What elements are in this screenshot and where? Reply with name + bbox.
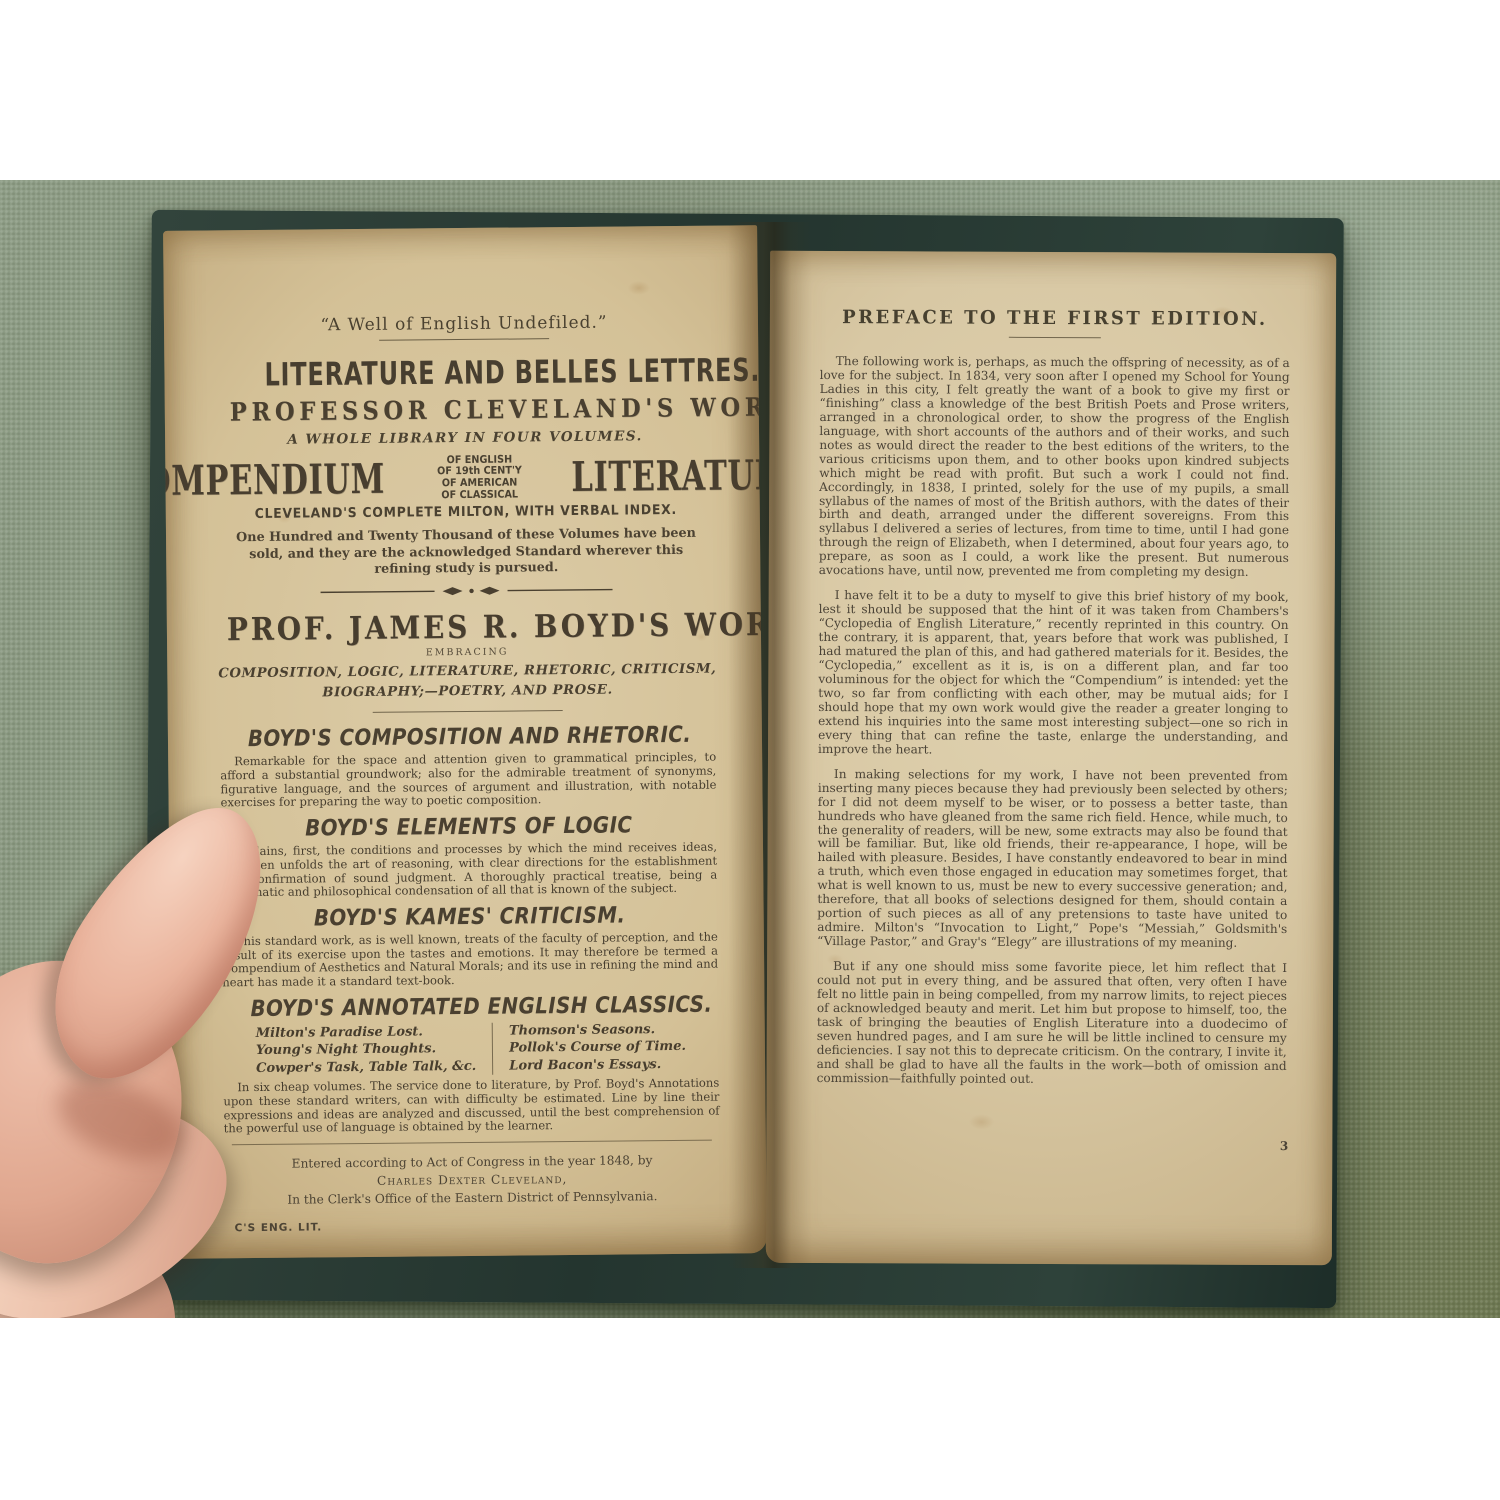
section-title-logic: BOYD'S ELEMENTS OF LOGIC bbox=[249, 812, 689, 842]
preface-paragraph-1: The following work is, perhaps, as much … bbox=[819, 355, 1290, 580]
compendium-word-left: COMPENDIUM bbox=[163, 455, 385, 506]
printer-imprint: C'S ENG. LIT. bbox=[235, 1217, 723, 1234]
classics-column-left: Milton's Paradise Lost. Young's Night Th… bbox=[240, 1022, 493, 1077]
compendium-stack-line: OF CLASSICAL bbox=[438, 489, 523, 502]
classics-item: Thomson's Seasons. bbox=[509, 1020, 686, 1039]
right-page-content: PREFACE TO THE FIRST EDITION. The follow… bbox=[767, 251, 1337, 1088]
boyd-works-title: PROF. JAMES R. BOYD'S WORKS. bbox=[227, 606, 707, 647]
section-rule bbox=[373, 711, 563, 714]
left-page: “A Well of English Undefiled.” LITERATUR… bbox=[163, 225, 767, 1259]
milton-line: CLEVELAND'S COMPLETE MILTON, WITH VERBAL… bbox=[236, 502, 696, 522]
preface-rule bbox=[1009, 337, 1101, 338]
section-body-logic: explains, first, the conditions and proc… bbox=[221, 841, 718, 900]
section-body-composition: Remarkable for the space and attention g… bbox=[220, 751, 717, 810]
classics-item: Young's Night Thoughts. bbox=[256, 1040, 476, 1060]
motto-line: “A Well of English Undefiled.” bbox=[214, 312, 714, 337]
preface-paragraph-4: But if any one should miss some favorite… bbox=[817, 960, 1288, 1088]
ornament-divider-icon bbox=[317, 584, 617, 597]
preface-title: PREFACE TO THE FIRST EDITION. bbox=[827, 307, 1283, 330]
series-title: LITERATURE AND BELLES LETTRES. bbox=[264, 353, 664, 394]
motto-rule bbox=[379, 338, 549, 341]
classics-column-right: Thomson's Seasons. Pollok's Course of Ti… bbox=[493, 1020, 702, 1075]
section-title-composition: BOYD'S COMPOSITION AND RHETORIC. bbox=[248, 722, 688, 752]
page-number: 3 bbox=[1280, 1139, 1288, 1153]
classics-item: Lord Bacon's Essays. bbox=[509, 1056, 686, 1075]
copyright-rule bbox=[232, 1140, 712, 1146]
classics-list: Milton's Paradise Lost. Young's Night Th… bbox=[221, 1020, 721, 1077]
classics-body: In six cheap volumes. The service done t… bbox=[223, 1077, 720, 1136]
section-title-kames: BOYD'S KAMES' CRITICISM. bbox=[250, 902, 690, 932]
classics-item: Milton's Paradise Lost. bbox=[256, 1022, 476, 1042]
preface-paragraph-2: I have felt it to be a duty to myself to… bbox=[818, 589, 1289, 758]
copyright-line-3: In the Clerk's Office of the Eastern Dis… bbox=[222, 1187, 722, 1210]
sales-claim: One Hundred and Twenty Thousand of these… bbox=[222, 526, 710, 581]
section-title-classics: BOYD'S ANNOTATED ENGLISH CLASSICS. bbox=[250, 991, 690, 1021]
library-line: A WHOLE LIBRARY IN FOUR VOLUMES. bbox=[215, 428, 715, 449]
right-page: PREFACE TO THE FIRST EDITION. The follow… bbox=[766, 251, 1336, 1265]
left-page-content: “A Well of English Undefiled.” LITERATUR… bbox=[163, 225, 767, 1234]
classics-item: Cowper's Task, Table Talk, &c. bbox=[256, 1058, 476, 1078]
preface-paragraph-3: In making selections for my work, I have… bbox=[817, 768, 1288, 951]
photo-scene: “A Well of English Undefiled.” LITERATUR… bbox=[0, 180, 1500, 1318]
compendium-stack: OF ENGLISH OF 19th CENT'Y OF AMERICAN OF… bbox=[437, 454, 522, 502]
classics-item: Pollok's Course of Time. bbox=[509, 1038, 686, 1057]
compendium-title: COMPENDIUM OF ENGLISH OF 19th CENT'Y OF … bbox=[215, 452, 715, 505]
author-works-title: PROFESSOR CLEVELAND'S WORKS. bbox=[230, 392, 700, 427]
compendium-word-right: LITERATURE. bbox=[571, 451, 767, 501]
section-body-kames: This standard work, as is well known, tr… bbox=[222, 930, 719, 989]
